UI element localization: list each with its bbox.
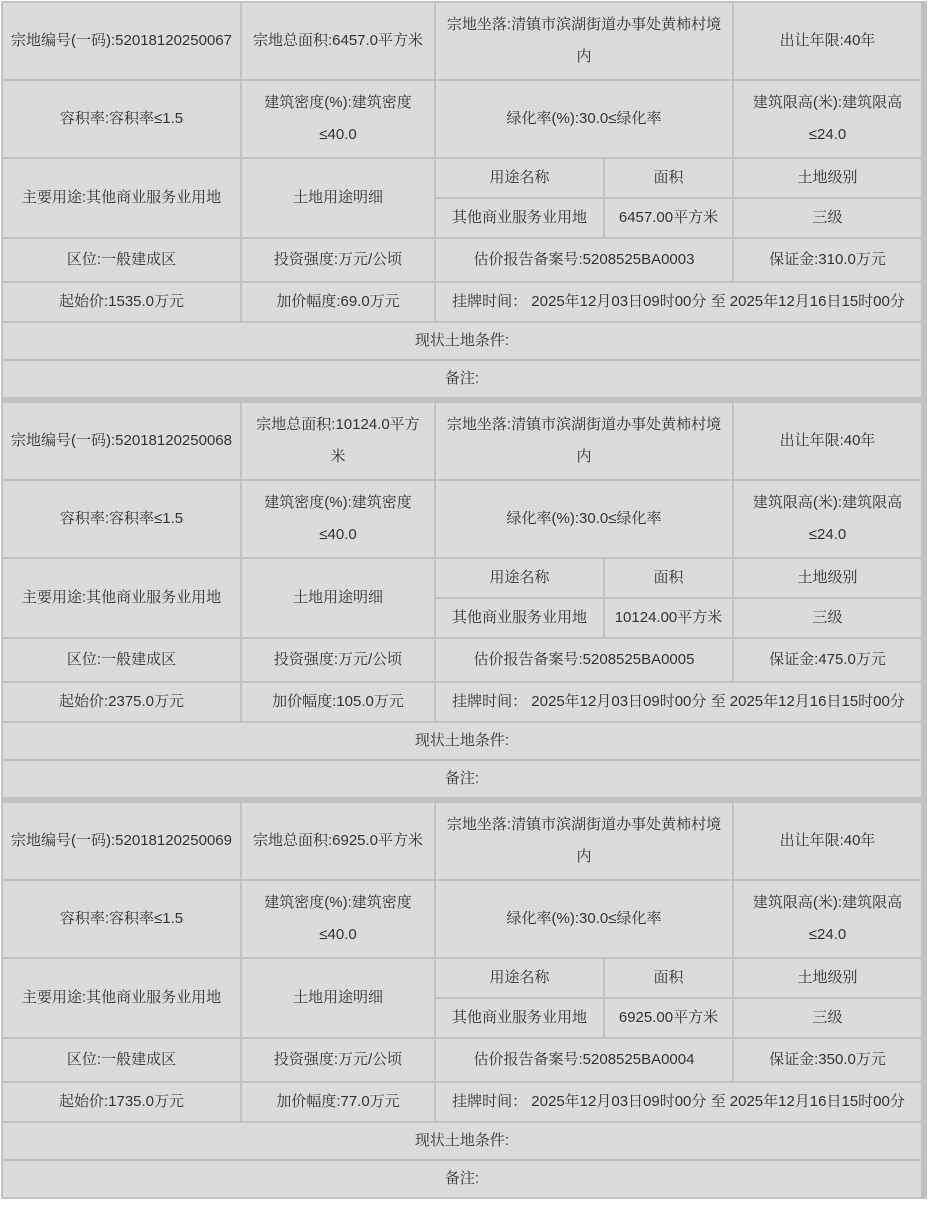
current-land-condition: 现状土地条件: [3, 1123, 921, 1159]
remark: 备注: [3, 1161, 921, 1197]
parcel-location: 宗地坐落:清镇市滨湖街道办事处黄柿村境内 [436, 403, 732, 479]
parcel-number: 宗地编号(一码):52018120250067 [3, 3, 240, 79]
area-header: 面积 [605, 159, 732, 197]
investment-intensity: 投资强度:万元/公顷 [242, 639, 434, 681]
area-header: 面积 [605, 559, 732, 597]
land-use-detail-label: 土地用途明细 [242, 559, 434, 637]
total-area: 宗地总面积:6457.0平方米 [242, 3, 434, 79]
listing-time: 挂牌时间： 2025年12月03日09时00分 至 2025年12月16日15时… [436, 683, 921, 721]
current-land-condition: 现状土地条件: [3, 323, 921, 359]
land-grade-value: 三级 [734, 999, 921, 1037]
start-price: 起始价:1735.0万元 [3, 1083, 240, 1121]
remark: 备注: [3, 361, 921, 397]
investment-intensity: 投资强度:万元/公顷 [242, 1039, 434, 1081]
use-area-value: 6457.00平方米 [605, 199, 732, 237]
plot-ratio: 容积率:容积率≤1.5 [3, 481, 240, 557]
use-name-header: 用途名称 [436, 959, 603, 997]
land-grade-header: 土地级别 [734, 959, 921, 997]
appraisal-report-no: 估价报告备案号:5208525BA0005 [436, 639, 732, 681]
listing-time: 挂牌时间： 2025年12月03日09时00分 至 2025年12月16日15时… [436, 1083, 921, 1121]
height-limit: 建筑限高(米):建筑限高≤24.0 [734, 881, 921, 957]
appraisal-report-no: 估价报告备案号:5208525BA0004 [436, 1039, 732, 1081]
investment-intensity: 投资强度:万元/公顷 [242, 239, 434, 281]
building-density: 建筑密度(%):建筑密度≤40.0 [242, 481, 434, 557]
use-name-value: 其他商业服务业用地 [436, 599, 603, 637]
height-limit: 建筑限高(米):建筑限高≤24.0 [734, 81, 921, 157]
price-increment: 加价幅度:77.0万元 [242, 1083, 434, 1121]
parcel-block-2: 宗地编号(一码):52018120250068 宗地总面积:10124.0平方米… [3, 403, 925, 797]
main-use: 主要用途:其他商业服务业用地 [3, 159, 240, 237]
use-area-value: 6925.00平方米 [605, 999, 732, 1037]
parcel-block-1: 宗地编号(一码):52018120250067 宗地总面积:6457.0平方米 … [3, 3, 925, 397]
transfer-term: 出让年限:40年 [734, 403, 921, 479]
greening-rate: 绿化率(%):30.0≤绿化率 [436, 481, 732, 557]
use-name-header: 用途名称 [436, 559, 603, 597]
greening-rate: 绿化率(%):30.0≤绿化率 [436, 881, 732, 957]
main-use: 主要用途:其他商业服务业用地 [3, 959, 240, 1037]
price-increment: 加价幅度:69.0万元 [242, 283, 434, 321]
start-price: 起始价:1535.0万元 [3, 283, 240, 321]
parcel-location: 宗地坐落:清镇市滨湖街道办事处黄柿村境内 [436, 803, 732, 879]
parcel-location: 宗地坐落:清镇市滨湖街道办事处黄柿村境内 [436, 3, 732, 79]
plot-ratio: 容积率:容积率≤1.5 [3, 81, 240, 157]
district: 区位:一般建成区 [3, 639, 240, 681]
deposit: 保证金:310.0万元 [734, 239, 921, 281]
total-area: 宗地总面积:6925.0平方米 [242, 803, 434, 879]
use-name-header: 用途名称 [436, 159, 603, 197]
building-density: 建筑密度(%):建筑密度≤40.0 [242, 881, 434, 957]
appraisal-report-no: 估价报告备案号:5208525BA0003 [436, 239, 732, 281]
start-price: 起始价:2375.0万元 [3, 683, 240, 721]
land-use-detail-label: 土地用途明细 [242, 159, 434, 237]
transfer-term: 出让年限:40年 [734, 803, 921, 879]
district: 区位:一般建成区 [3, 239, 240, 281]
parcel-block-3: 宗地编号(一码):52018120250069 宗地总面积:6925.0平方米 … [3, 803, 925, 1197]
transfer-term: 出让年限:40年 [734, 3, 921, 79]
plot-ratio: 容积率:容积率≤1.5 [3, 881, 240, 957]
land-grade-value: 三级 [734, 599, 921, 637]
land-grade-header: 土地级别 [734, 159, 921, 197]
greening-rate: 绿化率(%):30.0≤绿化率 [436, 81, 732, 157]
current-land-condition: 现状土地条件: [3, 723, 921, 759]
land-grade-header: 土地级别 [734, 559, 921, 597]
land-grade-value: 三级 [734, 199, 921, 237]
use-name-value: 其他商业服务业用地 [436, 999, 603, 1037]
land-use-detail-label: 土地用途明细 [242, 959, 434, 1037]
parcel-number: 宗地编号(一码):52018120250068 [3, 403, 240, 479]
remark: 备注: [3, 761, 921, 797]
listing-time: 挂牌时间： 2025年12月03日09时00分 至 2025年12月16日15时… [436, 283, 921, 321]
price-increment: 加价幅度:105.0万元 [242, 683, 434, 721]
height-limit: 建筑限高(米):建筑限高≤24.0 [734, 481, 921, 557]
area-header: 面积 [605, 959, 732, 997]
district: 区位:一般建成区 [3, 1039, 240, 1081]
use-name-value: 其他商业服务业用地 [436, 199, 603, 237]
deposit: 保证金:350.0万元 [734, 1039, 921, 1081]
land-listing-table: 宗地编号(一码):52018120250067 宗地总面积:6457.0平方米 … [1, 1, 927, 1199]
parcel-number: 宗地编号(一码):52018120250069 [3, 803, 240, 879]
total-area: 宗地总面积:10124.0平方米 [242, 403, 434, 479]
building-density: 建筑密度(%):建筑密度≤40.0 [242, 81, 434, 157]
main-use: 主要用途:其他商业服务业用地 [3, 559, 240, 637]
deposit: 保证金:475.0万元 [734, 639, 921, 681]
use-area-value: 10124.00平方米 [605, 599, 732, 637]
